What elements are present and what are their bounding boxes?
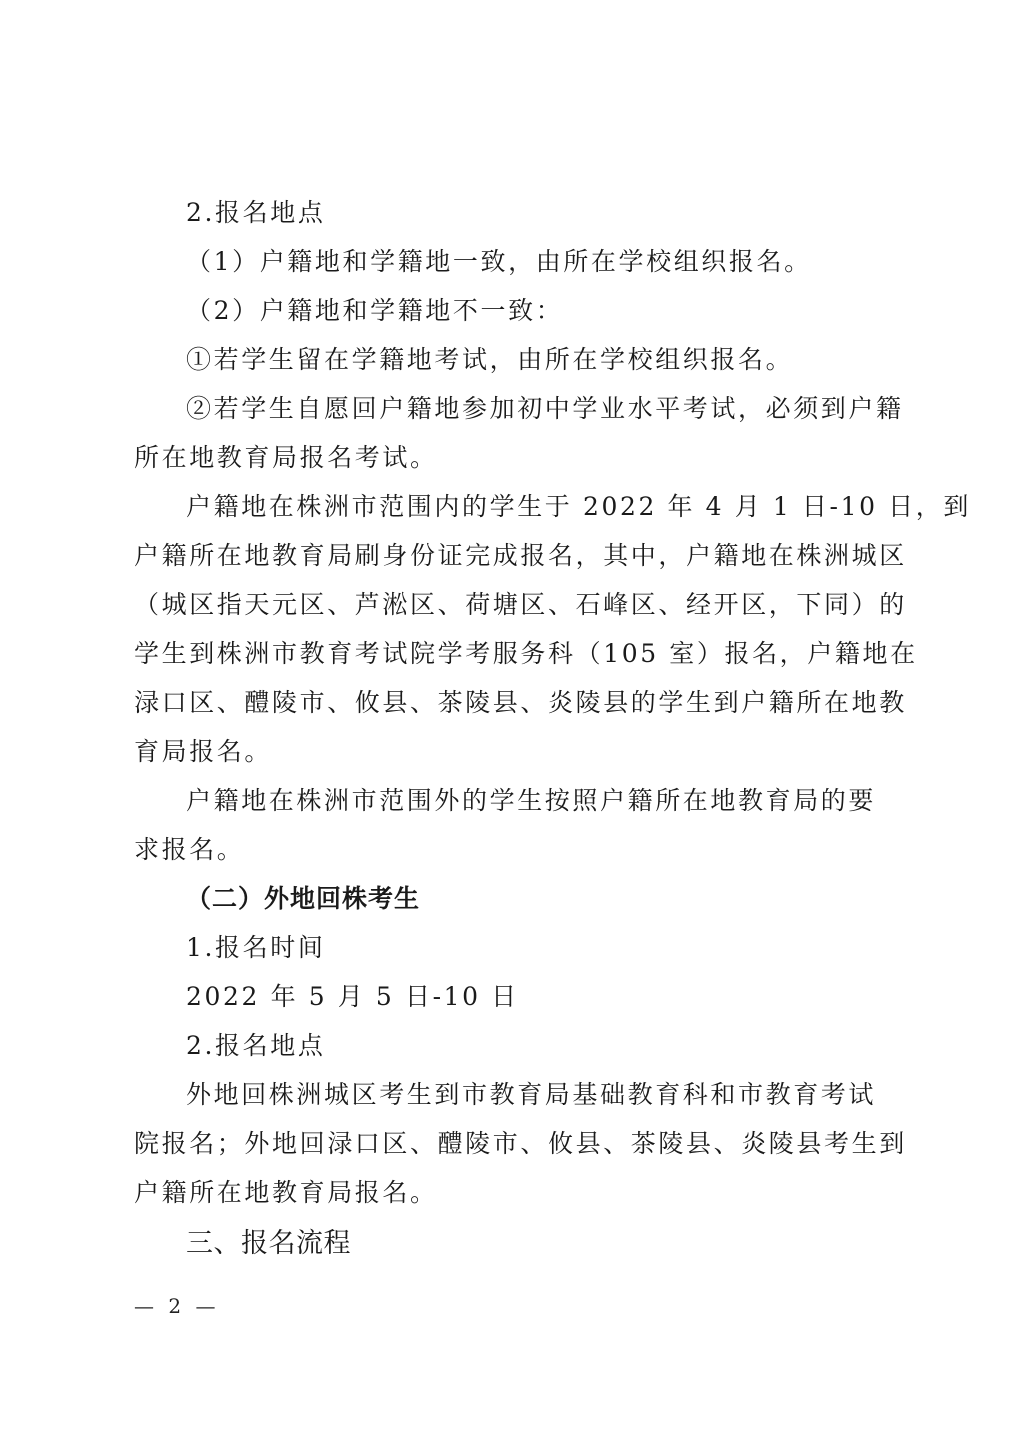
page-number: — 2 —: [134, 1294, 219, 1318]
paragraph-line: 院报名；外地回渌口区、醴陵市、攸县、茶陵县、炎陵县考生到: [134, 1119, 890, 1168]
registration-date-range: 2022 年 5 月 5 日-10 日: [134, 972, 890, 1021]
paragraph-line: 户籍地在株洲市范围内的学生于 2022 年 4 月 1 日-10 日，到: [134, 482, 890, 531]
paragraph-returning-location: 外地回株洲城区考生到市教育局基础教育科和市教育考试 院报名；外地回渌口区、醴陵市…: [134, 1070, 890, 1217]
paragraph-line: （城区指天元区、芦淞区、荷塘区、石峰区、经开区，下同）的: [134, 580, 890, 629]
sub-item-circled-1: ①若学生留在学籍地考试，由所在学校组织报名。: [134, 335, 890, 384]
document-page: 2.报名地点 （1）户籍地和学籍地一致，由所在学校组织报名。 （2）户籍地和学籍…: [134, 188, 890, 1269]
paragraph-line: 户籍所在地教育局报名。: [134, 1168, 890, 1217]
paragraph-line: 户籍地在株洲市范围外的学生按照户籍所在地教育局的要: [134, 776, 890, 825]
paragraph-line: 学生到株洲市教育考试院学考服务科（105 室）报名，户籍地在: [134, 629, 890, 678]
section-heading-registration-process: 三、报名流程: [134, 1219, 890, 1269]
paragraph-line: 外地回株洲城区考生到市教育局基础教育科和市教育考试: [134, 1070, 890, 1119]
paragraph-zhuzhou-residents: 户籍地在株洲市范围内的学生于 2022 年 4 月 1 日-10 日，到 户籍所…: [134, 482, 890, 776]
list-item-2: （2）户籍地和学籍地不一致：: [134, 286, 890, 335]
paragraph-line: 户籍所在地教育局刷身份证完成报名，其中，户籍地在株洲城区: [134, 531, 890, 580]
subheading-registration-location-2: 2.报名地点: [134, 1021, 890, 1070]
subheading-registration-location: 2.报名地点: [134, 188, 890, 237]
paragraph-line: 渌口区、醴陵市、攸县、茶陵县、炎陵县的学生到户籍所在地教: [134, 678, 890, 727]
subheading-registration-time: 1.报名时间: [134, 923, 890, 972]
list-item-1: （1）户籍地和学籍地一致，由所在学校组织报名。: [134, 237, 890, 286]
section-heading-returning-students: （二）外地回株考生: [134, 874, 890, 923]
paragraph-line: ②若学生自愿回户籍地参加初中学业水平考试，必须到户籍: [134, 384, 890, 433]
paragraph-line: 育局报名。: [134, 727, 890, 776]
paragraph-outside-residents: 户籍地在株洲市范围外的学生按照户籍所在地教育局的要 求报名。: [134, 776, 890, 874]
paragraph-circled-2: ②若学生自愿回户籍地参加初中学业水平考试，必须到户籍 所在地教育局报名考试。: [134, 384, 890, 482]
paragraph-line: 所在地教育局报名考试。: [134, 433, 890, 482]
paragraph-line: 求报名。: [134, 825, 890, 874]
